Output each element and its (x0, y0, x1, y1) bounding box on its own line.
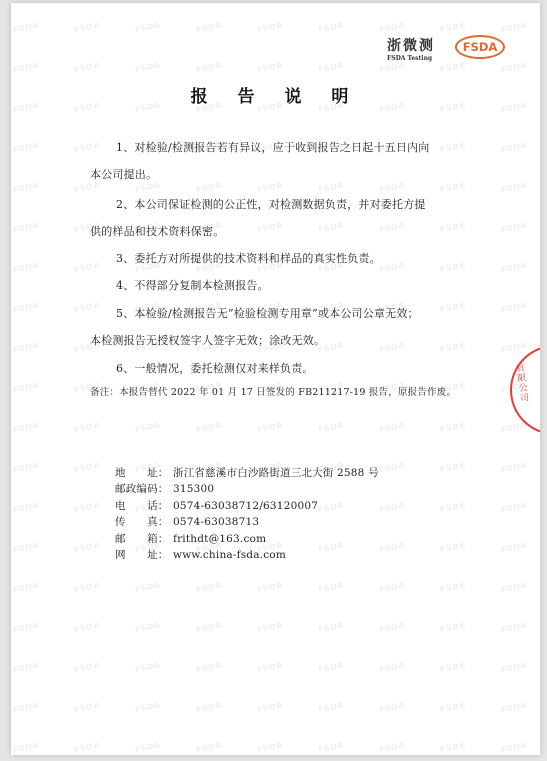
watermark-text: FSDA (134, 580, 161, 594)
watermark-text: FSDA (73, 620, 100, 634)
watermark-text: FSDA (500, 340, 527, 354)
watermark-text: FSDA (500, 60, 527, 74)
watermark-text: FSDA (439, 260, 466, 274)
watermark-text: FSDA (378, 740, 405, 754)
watermark-text: FSDA (73, 500, 100, 514)
watermark-text: FSDA (73, 180, 100, 194)
watermark-text: FSDA (73, 60, 100, 74)
watermark-text: FSDA (134, 660, 161, 674)
watermark-text: FSDA (378, 540, 405, 554)
watermark-text: FSDA (500, 460, 527, 474)
watermark-text: FSDA (378, 660, 405, 674)
watermark-text: FSDA (12, 380, 39, 394)
watermark-text: FSDA (317, 660, 344, 674)
watermark-text: FSDA (378, 500, 405, 514)
watermark-text: FSDA (317, 60, 344, 74)
contact-address: 地 址：浙江省慈溪市白沙路街道三北大街 2588 号 (115, 465, 379, 480)
watermark-text: FSDA (195, 20, 222, 34)
watermark-text: FSDA (195, 180, 222, 194)
watermark-text: FSDA (439, 500, 466, 514)
watermark-text: FSDA (73, 740, 100, 754)
watermark-text: FSDA (378, 460, 405, 474)
watermark-text: FSDA (378, 700, 405, 714)
watermark-text: FSDA (195, 420, 222, 434)
watermark-text: FSDA (12, 700, 39, 714)
watermark-text: FSDA (12, 660, 39, 674)
watermark-text: FSDA (12, 300, 39, 314)
watermark-text: FSDA (256, 740, 283, 754)
fsda-logo-badge: FSDA (455, 35, 505, 59)
watermark-text: FSDA (256, 700, 283, 714)
watermark-text: FSDA (12, 540, 39, 554)
watermark-text: FSDA (73, 260, 100, 274)
watermark-text: FSDA (256, 20, 283, 34)
watermark-text: FSDA (500, 580, 527, 594)
watermark-text: FSDA (73, 460, 100, 474)
watermark-text: FSDA (195, 620, 222, 634)
contact-postcode: 邮政编码：315300 (115, 481, 214, 496)
watermark-text: FSDA (256, 620, 283, 634)
watermark-text: FSDA (256, 60, 283, 74)
contact-value: 315300 (173, 483, 214, 495)
watermark-text: FSDA (12, 580, 39, 594)
watermark-text: FSDA (317, 180, 344, 194)
contact-value: www.china-fsda.com (173, 549, 286, 561)
contact-label: 传 真： (115, 514, 173, 529)
watermark-text: FSDA (73, 20, 100, 34)
watermark-text: FSDA (256, 660, 283, 674)
document-page: FSDAFSDAFSDAFSDAFSDAFSDAFSDAFSDAFSDAFSDA… (11, 3, 540, 755)
watermark-text: FSDA (73, 580, 100, 594)
watermark-text: FSDA (378, 20, 405, 34)
watermark-text: FSDA (439, 620, 466, 634)
watermark-text: FSDA (12, 220, 39, 234)
watermark-text: FSDA (317, 20, 344, 34)
contact-label: 邮政编码： (115, 481, 173, 496)
watermark-text: FSDA (134, 620, 161, 634)
watermark-text: FSDA (317, 620, 344, 634)
watermark-text: FSDA (439, 340, 466, 354)
watermark-text: FSDA (439, 740, 466, 754)
watermark-text: FSDA (439, 300, 466, 314)
watermark-text: FSDA (500, 300, 527, 314)
page-title: 报 告 说 明 (11, 82, 540, 107)
watermark-text: FSDA (73, 660, 100, 674)
watermark-text: FSDA (439, 580, 466, 594)
watermark-text: FSDA (439, 540, 466, 554)
watermark-text: FSDA (439, 660, 466, 674)
watermark-text: FSDA (195, 580, 222, 594)
contact-label: 邮 箱： (115, 531, 173, 546)
watermark-text: FSDA (500, 740, 527, 754)
watermark-text: FSDA (378, 620, 405, 634)
watermark-text: FSDA (378, 420, 405, 434)
watermark-text: FSDA (500, 660, 527, 674)
item-6: 6、一般情况，委托检测仅对来样负责。 (116, 360, 314, 376)
item-3: 3、委托方对所提供的技术资料和样品的真实性负责。 (116, 250, 381, 266)
contact-value: frithdt@163.com (173, 533, 266, 545)
remark-note: 备注：本报告替代 2022 年 01 月 17 日签发的 FB211217-19… (90, 384, 456, 398)
watermark-text: FSDA (134, 700, 161, 714)
watermark-text: FSDA (439, 180, 466, 194)
watermark-text: FSDA (500, 620, 527, 634)
item-1-line-2: 本公司提出。 (90, 166, 157, 182)
watermark-text: FSDA (12, 260, 39, 274)
item-5-line-2: 本检测报告无授权签字人签字无效；涂改无效。 (90, 332, 325, 348)
watermark-text: FSDA (134, 60, 161, 74)
contact-email: 邮 箱：frithdt@163.com (115, 531, 266, 546)
item-5-line-1: 5、本检验/检测报告无“检验检测专用章”或本公司公章无效； (116, 305, 419, 321)
watermark-text: FSDA (12, 340, 39, 354)
watermark-text: FSDA (134, 180, 161, 194)
contact-fax: 传 真：0574-63038713 (115, 514, 259, 529)
watermark-text: FSDA (134, 740, 161, 754)
watermark-text: FSDA (195, 740, 222, 754)
watermark-text: FSDA (195, 60, 222, 74)
watermark-text: FSDA (439, 700, 466, 714)
logo-chinese: 浙微测 (387, 35, 435, 55)
watermark-text: FSDA (134, 420, 161, 434)
watermark-text: FSDA (317, 740, 344, 754)
watermark-text: FSDA (317, 420, 344, 434)
contact-value: 浙江省慈溪市白沙路街道三北大街 2588 号 (173, 467, 379, 479)
watermark-text: FSDA (12, 460, 39, 474)
watermark-text: FSDA (500, 500, 527, 514)
watermark-text: FSDA (12, 140, 39, 154)
watermark-text: FSDA (12, 620, 39, 634)
watermark-text: FSDA (195, 660, 222, 674)
watermark-text: FSDA (378, 340, 405, 354)
contact-website: 网 址：www.china-fsda.com (115, 547, 286, 562)
watermark-text: FSDA (12, 60, 39, 74)
watermark-text: FSDA (12, 20, 39, 34)
watermark-text: FSDA (439, 60, 466, 74)
contact-label: 网 址： (115, 547, 173, 562)
contact-value: 0574-63038713 (173, 516, 259, 528)
watermark-text: FSDA (439, 460, 466, 474)
contact-phone: 电 话：0574-63038712/63120007 (115, 498, 318, 513)
watermark-text: FSDA (256, 220, 283, 234)
watermark-text: FSDA (439, 20, 466, 34)
watermark-text: FSDA (12, 180, 39, 194)
watermark-text: FSDA (12, 740, 39, 754)
watermark-text: FSDA (317, 220, 344, 234)
watermark-text: FSDA (12, 500, 39, 514)
watermark-text: FSDA (378, 180, 405, 194)
watermark-text: FSDA (500, 20, 527, 34)
watermark-text: FSDA (73, 700, 100, 714)
watermark-text: FSDA (500, 180, 527, 194)
watermark-text: FSDA (378, 580, 405, 594)
watermark-text: FSDA (439, 220, 466, 234)
item-2-line-1: 2、本公司保证检测的公正性，对检测数据负责，并对委托方提 (116, 196, 426, 212)
watermark-text: FSDA (256, 180, 283, 194)
watermark-text: FSDA (439, 140, 466, 154)
logo-english: FSDA Testing (387, 55, 432, 62)
watermark-text: FSDA (500, 260, 527, 274)
watermark-text: FSDA (500, 220, 527, 234)
watermark-text: FSDA (256, 580, 283, 594)
watermark-text: FSDA (12, 420, 39, 434)
watermark-text: FSDA (73, 300, 100, 314)
watermark-text: FSDA (378, 60, 405, 74)
contact-label: 电 话： (115, 498, 173, 513)
watermark-text: FSDA (500, 700, 527, 714)
watermark-text: FSDA (317, 700, 344, 714)
watermark-text: FSDA (256, 420, 283, 434)
contact-value: 0574-63038712/63120007 (173, 500, 318, 512)
watermark-text: FSDA (73, 140, 100, 154)
contact-label: 地 址： (115, 465, 173, 480)
watermark-layer: FSDAFSDAFSDAFSDAFSDAFSDAFSDAFSDAFSDAFSDA… (11, 3, 540, 755)
watermark-text: FSDA (378, 260, 405, 274)
watermark-text: FSDA (378, 220, 405, 234)
watermark-text: FSDA (500, 140, 527, 154)
watermark-text: FSDA (195, 700, 222, 714)
watermark-text: FSDA (73, 420, 100, 434)
item-4: 4、不得部分复制本检测报告。 (116, 277, 269, 293)
watermark-text: FSDA (500, 540, 527, 554)
watermark-text: FSDA (73, 540, 100, 554)
watermark-text: FSDA (439, 420, 466, 434)
item-1-line-1: 1、对检验/检测报告若有异议，应于收到报告之日起十五日内向 (116, 139, 430, 155)
item-2-line-2: 供的样品和技术资料保密。 (90, 223, 224, 239)
watermark-text: FSDA (317, 500, 344, 514)
watermark-text: FSDA (317, 540, 344, 554)
watermark-text: FSDA (134, 20, 161, 34)
watermark-text: FSDA (317, 580, 344, 594)
